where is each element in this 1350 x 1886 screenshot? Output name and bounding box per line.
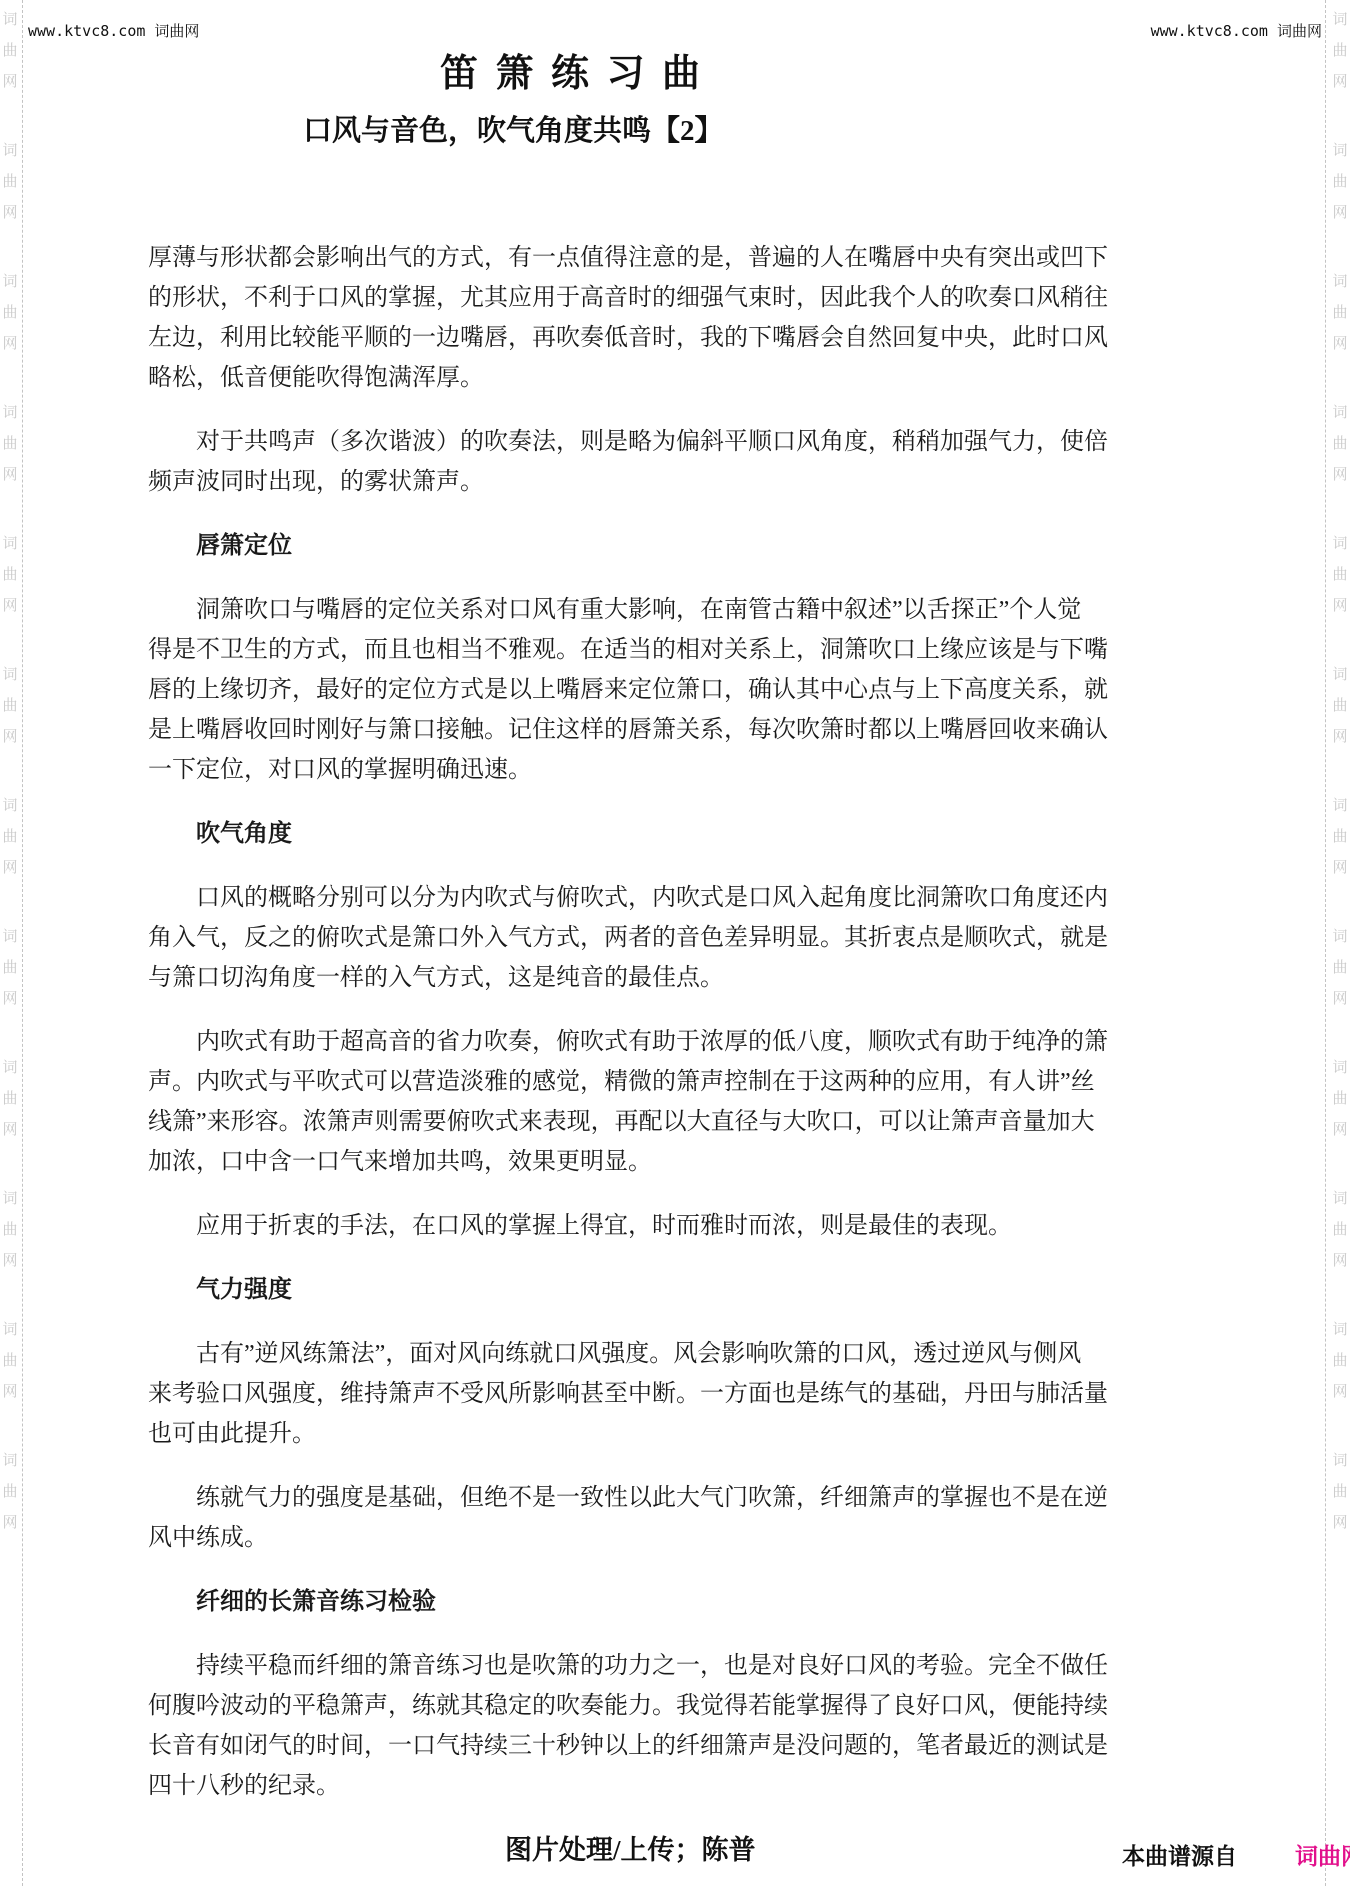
side-watermark-char: 词 xyxy=(1330,135,1350,166)
side-watermark-char: 曲 xyxy=(1330,166,1350,197)
side-watermark-group: 词曲网 xyxy=(1330,528,1350,621)
side-watermark-group: 词曲网 xyxy=(0,659,20,752)
side-watermark-group: 词曲网 xyxy=(1330,135,1350,228)
side-watermark-group: 词曲网 xyxy=(1330,1445,1350,1538)
side-watermark-char: 词 xyxy=(1330,921,1350,952)
side-watermark-group: 词曲网 xyxy=(1330,790,1350,883)
side-watermark-group: 词曲网 xyxy=(1330,266,1350,359)
side-watermark-char: 词 xyxy=(1330,659,1350,690)
side-watermark-char: 词 xyxy=(0,266,20,297)
footer-credit: 图片处理/上传；陈普 xyxy=(505,1828,756,1867)
side-watermark-char: 网 xyxy=(0,590,20,621)
side-watermark-char: 曲 xyxy=(1330,559,1350,590)
body-paragraph: 应用于折衷的手法，在口风的掌握上得宜，时而雅时而浓，则是最佳的表现。 xyxy=(148,1206,1223,1246)
side-watermark-char: 词 xyxy=(0,135,20,166)
side-watermark-char: 网 xyxy=(0,1376,20,1407)
side-watermark-char: 网 xyxy=(1330,328,1350,359)
side-watermark-group: 词曲网 xyxy=(0,397,20,490)
side-watermark-char: 曲 xyxy=(1330,35,1350,66)
side-watermark-char: 曲 xyxy=(1330,952,1350,983)
side-watermark-char: 网 xyxy=(0,852,20,883)
side-watermark-char: 曲 xyxy=(0,428,20,459)
side-watermark-char: 词 xyxy=(1330,1052,1350,1083)
section-heading: 纤细的长箫音练习检验 xyxy=(148,1582,1223,1622)
side-watermark-group: 词曲网 xyxy=(0,1052,20,1145)
section-heading: 唇箫定位 xyxy=(148,526,1223,566)
side-watermark-char: 网 xyxy=(1330,983,1350,1014)
side-watermark-char: 曲 xyxy=(0,821,20,852)
side-watermark-group: 词曲网 xyxy=(1330,4,1350,97)
side-watermark-char: 曲 xyxy=(0,35,20,66)
side-watermark-char: 网 xyxy=(0,66,20,97)
side-watermark-char: 网 xyxy=(0,721,20,752)
side-watermark-char: 网 xyxy=(0,983,20,1014)
side-watermark-char: 网 xyxy=(1330,1376,1350,1407)
side-watermark-char: 词 xyxy=(1330,1314,1350,1345)
page-title: 笛 箫 练 习 曲 xyxy=(440,42,704,97)
side-watermark-char: 曲 xyxy=(1330,297,1350,328)
side-watermark-char: 曲 xyxy=(1330,1345,1350,1376)
body-paragraph: 持续平稳而纤细的箫音练习也是吹箫的功力之一，也是对良好口风的考验。完全不做任 何… xyxy=(148,1646,1223,1806)
side-watermark-group: 词曲网 xyxy=(1330,921,1350,1014)
side-watermark-char: 词 xyxy=(0,790,20,821)
side-watermark-char: 网 xyxy=(1330,852,1350,883)
side-watermark-char: 网 xyxy=(1330,197,1350,228)
side-watermark-char: 网 xyxy=(1330,1245,1350,1276)
side-watermark-char: 词 xyxy=(0,921,20,952)
side-watermark-char: 词 xyxy=(0,659,20,690)
side-watermark-char: 词 xyxy=(1330,4,1350,35)
side-watermark-char: 曲 xyxy=(1330,1214,1350,1245)
header-url-right: www.ktvc8.com 词曲网 xyxy=(1151,20,1322,41)
side-watermark-char: 网 xyxy=(0,1114,20,1145)
side-watermark-char: 网 xyxy=(0,1507,20,1538)
section-heading: 吹气角度 xyxy=(148,814,1223,854)
side-watermark-group: 词曲网 xyxy=(1330,659,1350,752)
side-watermark-char: 词 xyxy=(0,1183,20,1214)
side-watermark-char: 曲 xyxy=(0,1214,20,1245)
side-watermark-group: 词曲网 xyxy=(1330,1183,1350,1276)
side-watermark-group: 词曲网 xyxy=(0,1314,20,1407)
side-watermark-group: 词曲网 xyxy=(0,1183,20,1276)
body-paragraph: 练就气力的强度是基础，但绝不是一致性以此大气门吹箫，纤细箫声的掌握也不是在逆 风… xyxy=(148,1478,1223,1558)
side-watermark-char: 词 xyxy=(0,4,20,35)
section-heading: 气力强度 xyxy=(148,1270,1223,1310)
side-watermark-group: 词曲网 xyxy=(0,790,20,883)
side-watermark-char: 网 xyxy=(0,197,20,228)
side-watermark-char: 网 xyxy=(1330,1507,1350,1538)
body-paragraph: 口风的概略分别可以分为内吹式与俯吹式，内吹式是口风入起角度比洞箫吹口角度还内 角… xyxy=(148,878,1223,998)
side-watermark-char: 网 xyxy=(0,459,20,490)
side-watermark-char: 词 xyxy=(1330,528,1350,559)
side-watermark-group: 词曲网 xyxy=(0,528,20,621)
side-watermark-char: 曲 xyxy=(0,1476,20,1507)
body-paragraph: 洞箫吹口与嘴唇的定位关系对口风有重大影响，在南管古籍中叙述”以舌探正”个人觉 得… xyxy=(148,590,1223,790)
side-watermark-char: 词 xyxy=(0,1052,20,1083)
page-subtitle: 口风与音色，吹气角度共鸣【2】 xyxy=(303,108,724,149)
body-content: 厚薄与形状都会影响出气的方式，有一点值得注意的是，普遍的人在嘴唇中央有突出或凹下… xyxy=(148,238,1223,1830)
side-watermark-char: 曲 xyxy=(0,1083,20,1114)
right-watermark-column: 词曲网词曲网词曲网词曲网词曲网词曲网词曲网词曲网词曲网词曲网词曲网词曲网 xyxy=(1330,4,1350,1886)
side-watermark-group: 词曲网 xyxy=(1330,1052,1350,1145)
side-watermark-char: 曲 xyxy=(0,690,20,721)
side-watermark-char: 网 xyxy=(1330,1114,1350,1145)
header-url-left: www.ktvc8.com 词曲网 xyxy=(28,20,199,41)
side-watermark-char: 词 xyxy=(1330,397,1350,428)
side-watermark-char: 词 xyxy=(1330,1445,1350,1476)
body-paragraph: 对于共鸣声（多次谐波）的吹奏法，则是略为偏斜平顺口风角度，稍稍加强气力，使倍 频… xyxy=(148,422,1223,502)
side-watermark-char: 词 xyxy=(0,397,20,428)
side-watermark-group: 词曲网 xyxy=(1330,1314,1350,1407)
side-watermark-char: 词 xyxy=(0,528,20,559)
footer-source-line: 本曲谱源自 词曲网 xyxy=(1122,1838,1322,1871)
scanned-sheet-page: { "page": { "header_url_left": "www.ktvc… xyxy=(0,0,1350,1886)
side-watermark-char: 曲 xyxy=(0,952,20,983)
left-dashed-border xyxy=(22,0,23,1886)
side-watermark-char: 网 xyxy=(1330,459,1350,490)
side-watermark-char: 词 xyxy=(0,1314,20,1345)
right-dashed-border xyxy=(1325,0,1326,1886)
side-watermark-char: 曲 xyxy=(1330,690,1350,721)
side-watermark-char: 词 xyxy=(1330,1183,1350,1214)
side-watermark-char: 词 xyxy=(0,1445,20,1476)
body-paragraph: 内吹式有助于超高音的省力吹奏，俯吹式有助于浓厚的低八度，顺吹式有助于纯净的箫 声… xyxy=(148,1022,1223,1182)
side-watermark-char: 曲 xyxy=(0,166,20,197)
side-watermark-group: 词曲网 xyxy=(1330,397,1350,490)
side-watermark-char: 曲 xyxy=(1330,1476,1350,1507)
side-watermark-char: 曲 xyxy=(0,559,20,590)
side-watermark-char: 曲 xyxy=(1330,428,1350,459)
side-watermark-char: 词 xyxy=(1330,790,1350,821)
side-watermark-group: 词曲网 xyxy=(0,4,20,97)
side-watermark-char: 网 xyxy=(1330,590,1350,621)
side-watermark-char: 曲 xyxy=(1330,821,1350,852)
footer-source-brand: 词曲网 xyxy=(1295,1838,1350,1871)
side-watermark-char: 曲 xyxy=(1330,1083,1350,1114)
side-watermark-group: 词曲网 xyxy=(0,266,20,359)
footer-source-prefix: 本曲谱源自 xyxy=(1122,1838,1237,1871)
side-watermark-group: 词曲网 xyxy=(0,921,20,1014)
side-watermark-group: 词曲网 xyxy=(0,135,20,228)
side-watermark-char: 网 xyxy=(0,1245,20,1276)
side-watermark-group: 词曲网 xyxy=(0,1445,20,1538)
body-paragraph: 古有”逆风练箫法”，面对风向练就口风强度。风会影响吹箫的口风，透过逆风与侧风 来… xyxy=(148,1334,1223,1454)
side-watermark-char: 曲 xyxy=(0,297,20,328)
side-watermark-char: 网 xyxy=(0,328,20,359)
left-watermark-column: 词曲网词曲网词曲网词曲网词曲网词曲网词曲网词曲网词曲网词曲网词曲网词曲网 xyxy=(0,4,20,1886)
side-watermark-char: 网 xyxy=(1330,721,1350,752)
side-watermark-char: 曲 xyxy=(0,1345,20,1376)
side-watermark-char: 词 xyxy=(1330,266,1350,297)
body-paragraph: 厚薄与形状都会影响出气的方式，有一点值得注意的是，普遍的人在嘴唇中央有突出或凹下… xyxy=(148,238,1223,398)
side-watermark-char: 网 xyxy=(1330,66,1350,97)
